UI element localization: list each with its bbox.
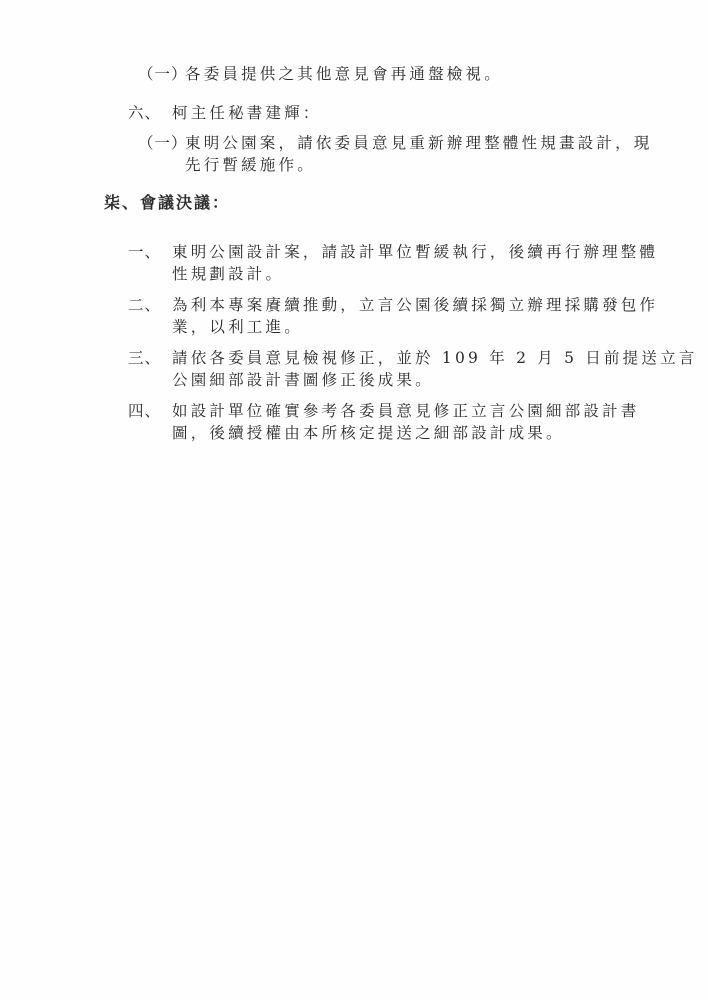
resolution-text: 業，以利工進。 <box>172 317 303 337</box>
resolution-marker: 一、 <box>128 242 161 262</box>
section-heading: 柒、會議決議： <box>104 193 230 213</box>
item-marker: （一） <box>138 133 188 153</box>
item-text: 各委員提供之其他意見會再通盤檢視。 <box>185 64 503 84</box>
item-text: 先行暫緩施作。 <box>185 155 316 175</box>
resolution-marker: 二、 <box>128 295 161 315</box>
resolution-text: 為利本專案賡續推動，立言公園後續採獨立辦理採購發包作 <box>172 295 658 315</box>
item-marker: （一） <box>138 64 188 84</box>
resolution-marker: 三、 <box>128 348 161 368</box>
item-marker: 六、 <box>128 103 161 123</box>
resolution-text: 請依各委員意見檢視修正，並於 109 年 2 月 5 日前提送立言 <box>172 348 697 368</box>
resolution-marker: 四、 <box>128 401 161 421</box>
resolution-text: 公園細部設計書圖修正後成果。 <box>172 370 434 390</box>
resolution-text: 性規劃設計。 <box>172 264 284 284</box>
resolution-text: 東明公園設計案，請設計單位暫緩執行，後續再行辦理整體 <box>172 242 658 262</box>
resolution-text: 如設計單位確實參考各委員意見修正立言公園細部設計書 <box>172 401 640 421</box>
item-text: 柯主任秘書建輝： <box>172 103 322 123</box>
item-text: 東明公園案，請依委員意見重新辦理整體性規畫設計，現 <box>185 133 653 153</box>
resolution-text: 圖，後續授權由本所核定提送之細部設計成果。 <box>172 423 565 443</box>
